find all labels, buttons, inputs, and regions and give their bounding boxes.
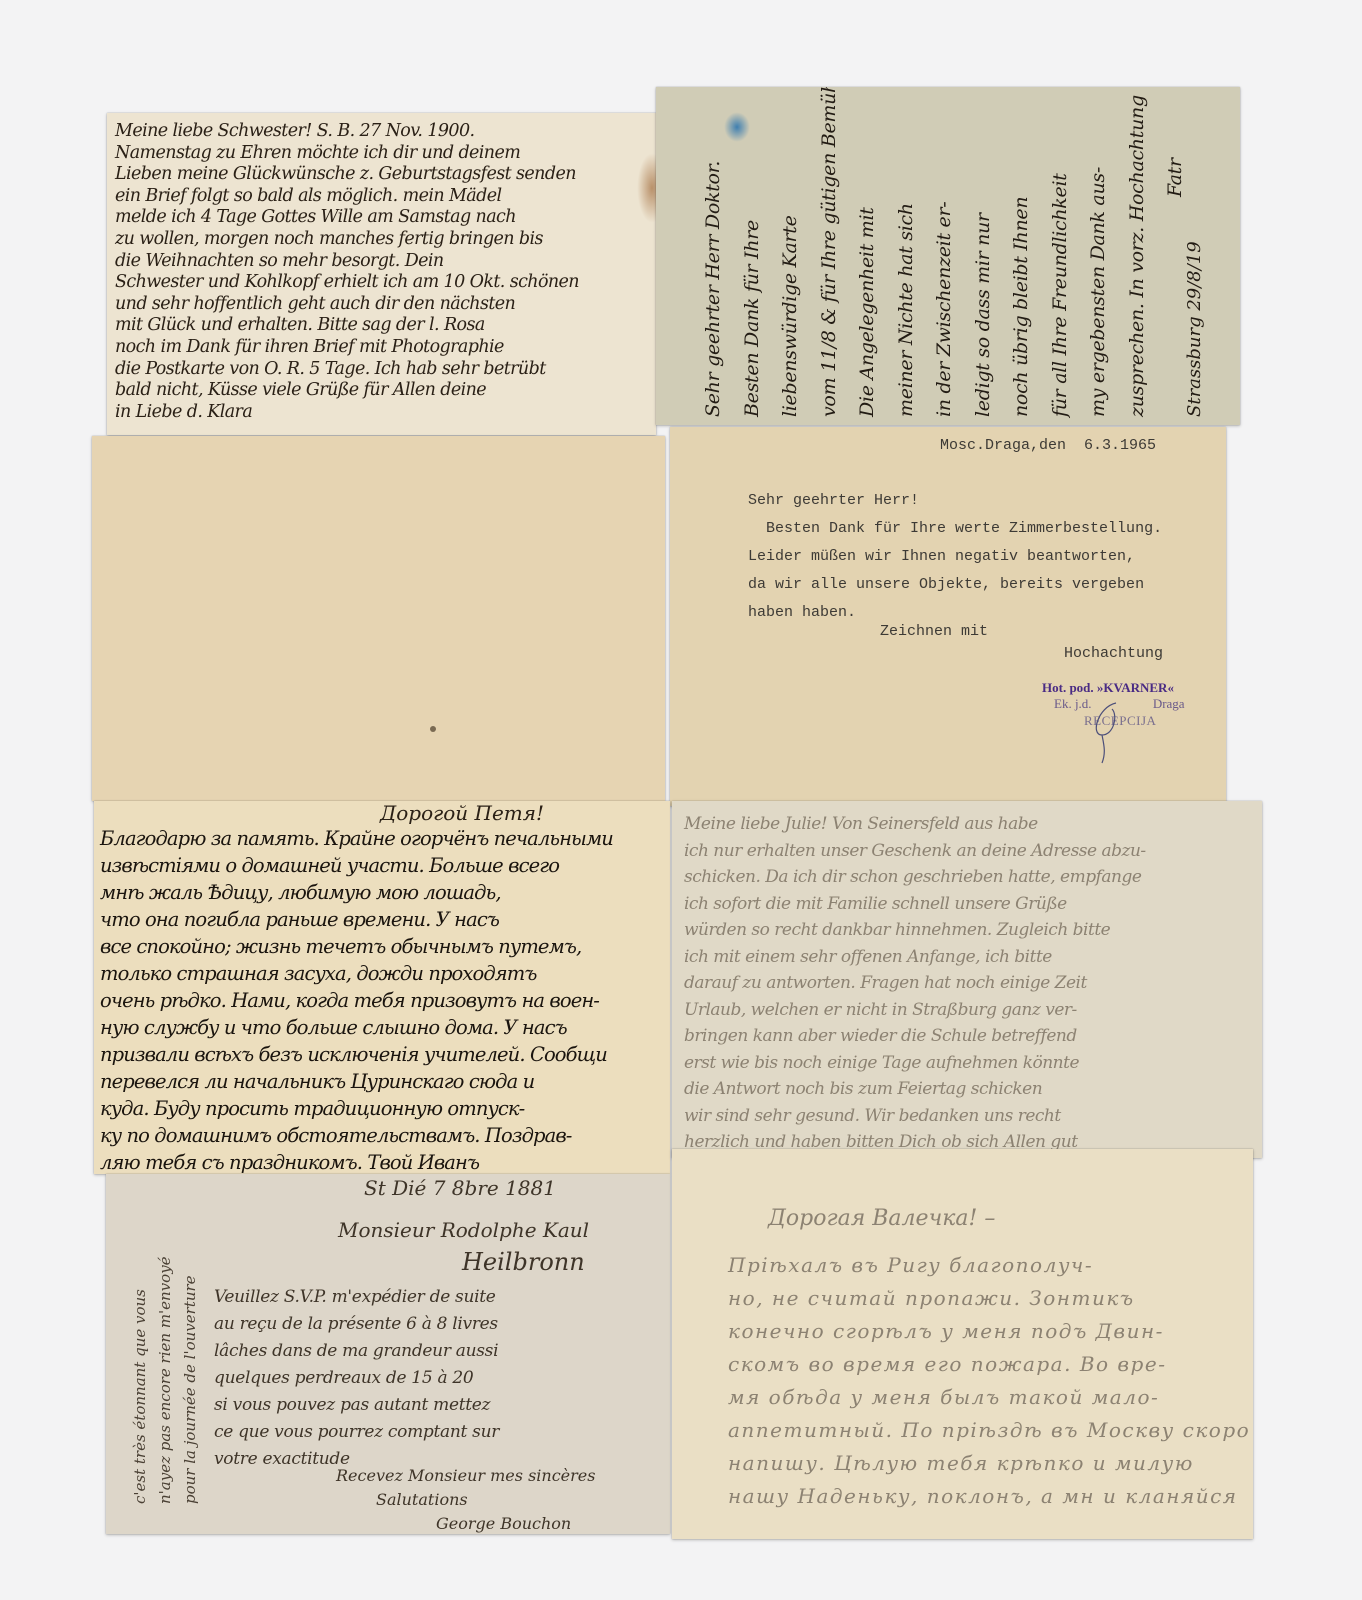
line: Благодарю за память. Крайне огорчёнъ печ… [100, 825, 613, 852]
line: ку по домашнимъ обстоятельствамъ. Поздра… [100, 1122, 613, 1149]
dateline: St Dié 7 8bre 1881 [364, 1178, 556, 1199]
line: Meine liebe Schwester! S. B. 27 Nov. 190… [115, 121, 579, 143]
small-mark [430, 726, 436, 732]
postcard-german-rotated: Sehr geehrter Herr Doktor. Besten Dank f… [656, 87, 1240, 425]
line: Veuillez S.V.P. m'expédier de suite [214, 1284, 499, 1311]
line: мя обѣда у меня былъ такой мало- [728, 1381, 1250, 1414]
line: Besten Dank für Ihre [733, 87, 772, 417]
stamp-title: Hot. pod. »KVARNER« [1042, 680, 1226, 696]
signature: George Bouchon [336, 1512, 595, 1534]
line: lâches dans de ma grandeur aussi [214, 1338, 499, 1365]
line: bald nicht, Küsse viele Grüße für Allen … [115, 380, 579, 402]
closing-2: Hochachtung [1064, 645, 1163, 662]
line: zusprechen. In vorz. Hochachtung [1118, 87, 1157, 417]
postcard-russian-valechka: Дорогая Валечка! – Прiѣхалъ въ Ригу благ… [672, 1149, 1253, 1539]
line: Salutations [336, 1488, 595, 1512]
line: darauf zu antworten. Fragen hat noch ein… [684, 970, 1146, 997]
line: die Antwort noch bis zum Feiertag schick… [684, 1076, 1146, 1103]
letter-body: Sehr geehrter Herr! Besten Dank für Ihre… [748, 487, 1162, 627]
line: ledigt so dass mir nur [964, 87, 1003, 417]
margin-note: c'est très étonnant que vous n'ayez pas … [128, 1256, 203, 1504]
stamp-reception: RECEPCIJA [1042, 713, 1226, 729]
line: für all Ihre Freundlichkeit [1041, 87, 1080, 417]
line: si vous pouvez pas autant mettez [214, 1392, 499, 1419]
line: только страшная засуха, дожди проходятъ [100, 960, 613, 987]
line: куда. Буду просить традиционную отпуск- [100, 1095, 613, 1122]
postcard-blank [92, 436, 665, 801]
line: melde ich 4 Tage Gottes Wille am Samstag… [115, 207, 579, 229]
hotel-stamp: Hot. pod. »KVARNER« Ek. j.d. Draga RECEP… [1042, 680, 1226, 729]
line: ce que vous pourrez comptant sur [214, 1419, 499, 1446]
line: мнѣ жаль Ѣдицу, любимую мою лошадь, [100, 879, 613, 906]
greeting: Дорогая Валечка! – [768, 1207, 995, 1230]
closing: Recevez Monsieur mes sincères Salutation… [336, 1464, 595, 1534]
line: Sehr geehrter Herr Doktor. [694, 87, 733, 417]
line: my ergebensten Dank aus- [1079, 87, 1118, 417]
salutation: Sehr geehrter Herr! [748, 487, 1162, 515]
line: au reçu de la présente 6 à 8 livres [214, 1311, 499, 1338]
line: die Postkarte von O. R. 5 Tage. Ich hab … [115, 359, 579, 381]
line: призвали всѣхъ безъ исключенiя учителей.… [100, 1041, 613, 1068]
line: скомъ во время его пожара. Во вре- [728, 1348, 1250, 1381]
closing-1: Zeichnen mit [880, 623, 988, 640]
place-date: Strassburg 29/8/19 [1186, 241, 1205, 417]
line: in der Zwischenzeit er- [925, 87, 964, 417]
line: wir sind sehr gesund. Wir bedanken uns r… [684, 1103, 1146, 1130]
line: Namenstag zu Ehren möchte ich dir und de… [115, 143, 579, 165]
addressee-line-2: Heilbronn [462, 1250, 585, 1275]
letter-text: Veuillez S.V.P. m'expédier de suite au r… [214, 1284, 499, 1473]
ink-stain [637, 153, 656, 223]
dateline: Mosc.Draga,den 6.3.1965 [940, 437, 1156, 454]
letter-text: Прiѣхалъ въ Ригу благополуч- но, не счит… [728, 1249, 1250, 1513]
line: in Liebe d. Klara [115, 402, 579, 424]
line: все спокойно; жизнь течетъ обычнымъ путе… [100, 933, 613, 960]
postcard-typed-1965: Mosc.Draga,den 6.3.1965 Sehr geehrter He… [670, 427, 1226, 806]
line: quelques perdreaux de 15 à 20 [214, 1365, 499, 1392]
line: meiner Nichte hat sich [887, 87, 926, 417]
line: ich sofort die mit Familie schnell unser… [684, 891, 1146, 918]
line: ein Brief folgt so bald als möglich. mei… [115, 186, 579, 208]
postcard-russian-ivan: Дорогой Петя! Благодарю за память. Крайн… [94, 801, 670, 1174]
greeting: Дорогой Петя! [380, 803, 544, 824]
line: mit Glück und erhalten. Bitte sag der l.… [115, 315, 579, 337]
line: vom 11/8 & für Ihre gütigen Bemühungen. … [810, 87, 849, 417]
line: что она погибла раньше времени. У насъ [100, 906, 613, 933]
postcard-french-1881: St Dié 7 8bre 1881 Monsieur Rodolphe Kau… [106, 1174, 670, 1534]
line: Leider müßen wir Ihnen negativ beantwort… [748, 543, 1162, 571]
line: Прiѣхалъ въ Ригу благополуч- [728, 1249, 1250, 1282]
line: noch im Dank für ihren Brief mit Photogr… [115, 337, 579, 359]
letter-text: Sehr geehrter Herr Doktor. Besten Dank f… [694, 87, 1195, 417]
line: würden so recht dankbar hinnehmen. Zugle… [684, 917, 1146, 944]
letter-text: Meine liebe Julie! Von Seinersfeld aus h… [684, 811, 1146, 1156]
line: ную службу и что больше слышно дома. У н… [100, 1014, 613, 1041]
line: аппетитный. По прiѣздѣ въ Москву скоро [728, 1414, 1250, 1447]
stamp-subtitle: Ek. j.d. Draga [1042, 696, 1226, 712]
line: Die Angelegenheit mit [848, 87, 887, 417]
line: zu wollen, morgen noch manches fertig br… [115, 229, 579, 251]
line: Schwester und Kohlkopf erhielt ich am 10… [115, 272, 579, 294]
line: Recevez Monsieur mes sincères [336, 1464, 595, 1488]
postcard-german-julie: Meine liebe Julie! Von Seinersfeld aus h… [672, 801, 1262, 1158]
line: die Weihnachten so mehr besorgt. Dein [115, 251, 579, 273]
line: извѣстiями о домашней участи. Больше все… [100, 852, 613, 879]
line: ляю тебя съ праздникомъ. Твой Иванъ [100, 1149, 613, 1174]
signature-icon [1088, 695, 1128, 765]
line: und sehr hoffentlich geht auch dir den n… [115, 294, 579, 316]
line: noch übrig bleibt Ihnen [1002, 87, 1041, 417]
line: конечно сгорѣлъ у меня подъ Двин- [728, 1315, 1250, 1348]
line: bringen kann aber wieder die Schule betr… [684, 1023, 1146, 1050]
line: liebenswürdige Karte [771, 87, 810, 417]
line: schicken. Da ich dir schon geschrieben h… [684, 864, 1146, 891]
letter-text: Meine liebe Schwester! S. B. 27 Nov. 190… [115, 121, 579, 423]
line: Besten Dank für Ihre werte Zimmerbestell… [748, 515, 1162, 543]
line: Urlaub, welchen er nicht in Straßburg ga… [684, 997, 1146, 1024]
line: очень рѣдко. Нами, когда тебя призовутъ … [100, 987, 613, 1014]
line: Lieben meine Glückwünsche z. Geburtstags… [115, 164, 579, 186]
line: erst wie bis noch einige Tage aufnehmen … [684, 1050, 1146, 1077]
line: но, не считай пропажи. Зонтикъ [728, 1282, 1250, 1315]
addressee-line-1: Monsieur Rodolphe Kaul [338, 1220, 589, 1241]
postcard-german-1900: Meine liebe Schwester! S. B. 27 Nov. 190… [107, 113, 656, 435]
letter-text: Благодарю за память. Крайне огорчёнъ печ… [100, 825, 613, 1174]
line: ich nur erhalten unser Geschenk an deine… [684, 838, 1146, 865]
line: Meine liebe Julie! Von Seinersfeld aus h… [684, 811, 1146, 838]
line: напишу. Цѣлую тебя крѣпко и милую [728, 1447, 1250, 1480]
line: da wir alle unsere Objekte, bereits verg… [748, 571, 1162, 599]
line: перевелся ли начальникъ Цуринскаго сюда … [100, 1068, 613, 1095]
line: ich mit einem sehr offenen Anfange, ich … [684, 944, 1146, 971]
line: нашу Наденьку, поклонъ, а мн и кланяйся [728, 1480, 1250, 1513]
